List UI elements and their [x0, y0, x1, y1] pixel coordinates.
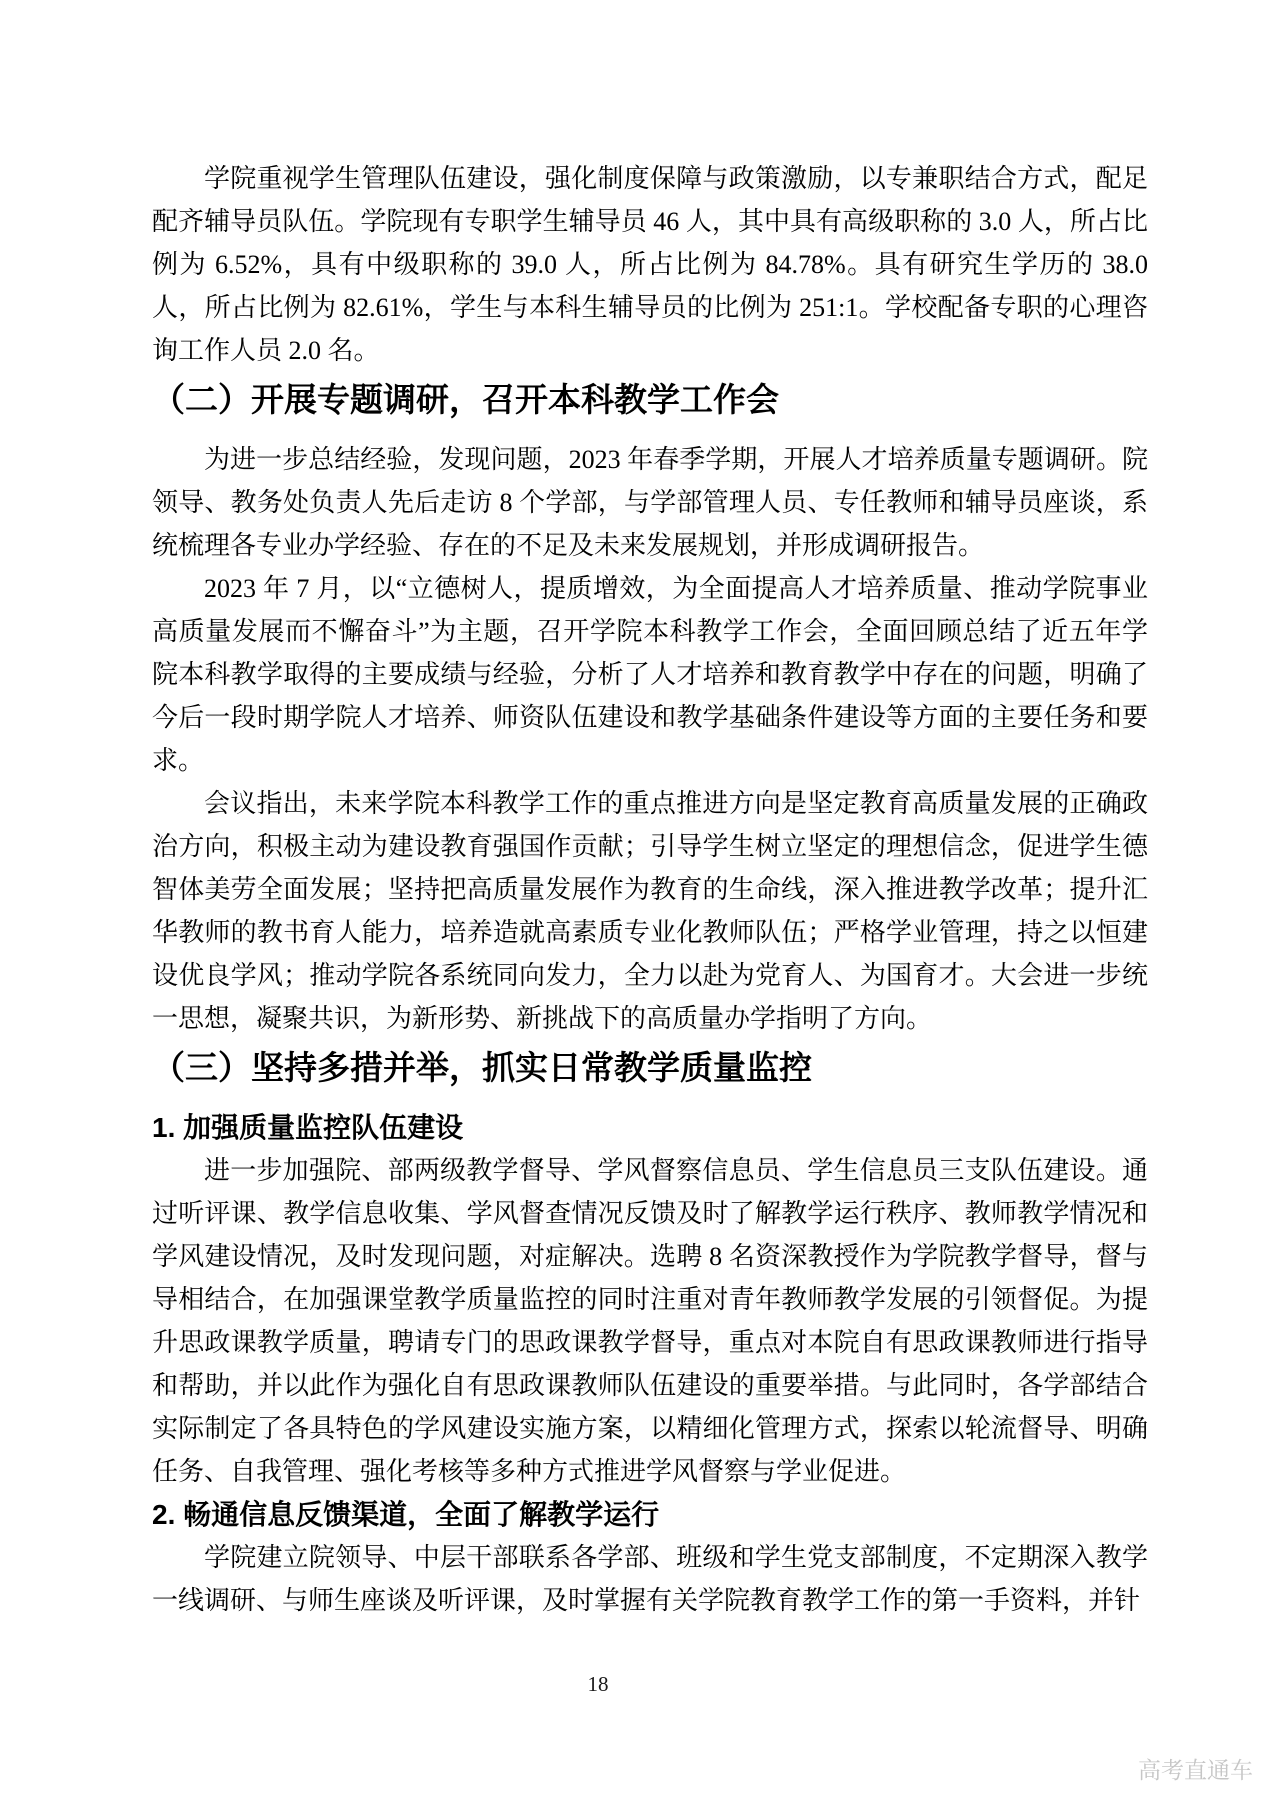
paragraph-counselor-team: 学院重视学生管理队伍建设，强化制度保障与政策激励，以专兼职结合方式，配足配齐辅导…: [152, 157, 1148, 372]
sub-heading-feedback-channels: 2. 畅通信息反馈渠道，全面了解教学运行: [152, 1493, 1148, 1536]
section-heading-2: （二）开展专题调研，召开本科教学工作会: [152, 375, 1148, 425]
sub-heading-quality-monitoring: 1. 加强质量监控队伍建设: [152, 1106, 1148, 1149]
paragraph-feedback-system: 学院建立院领导、中层干部联系各学部、班级和学生党支部制度，不定期深入教学一线调研…: [152, 1536, 1148, 1622]
watermark-text: 高考直通车: [1138, 1752, 1253, 1785]
paragraph-research-visits: 为进一步总结经验，发现问题，2023 年春季学期，开展人才培养质量专题调研。院领…: [152, 438, 1148, 567]
paragraph-supervision-teams: 进一步加强院、部两级教学督导、学风督察信息员、学生信息员三支队伍建设。通过听评课…: [152, 1149, 1148, 1493]
section-heading-3: （三）坚持多措并举，抓实日常教学质量监控: [152, 1043, 1148, 1093]
paragraph-teaching-conference: 2023 年 7 月，以“立德树人，提质增效，为全面提高人才培养质量、推动学院事…: [152, 567, 1148, 782]
page-number: 18: [558, 1672, 638, 1697]
paragraph-conference-directions: 会议指出，未来学院本科教学工作的重点推进方向是坚定教育高质量发展的正确政治方向，…: [152, 782, 1148, 1040]
document-body: 学院重视学生管理队伍建设，强化制度保障与政策激励，以专兼职结合方式，配足配齐辅导…: [152, 157, 1148, 1622]
